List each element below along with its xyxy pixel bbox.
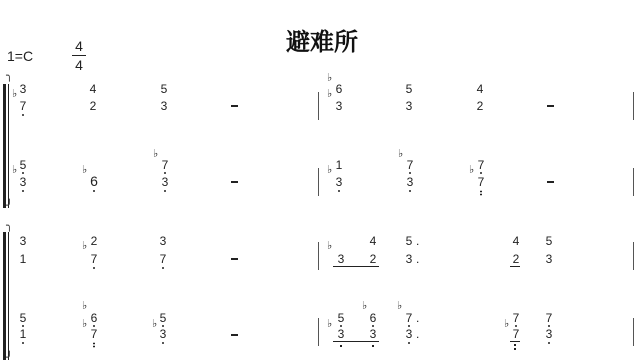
bracket-bottom-hook-icon: ╯ [6, 200, 13, 211]
flat-icon: ♭ [398, 148, 403, 159]
barline [318, 168, 319, 196]
note: 7 [475, 176, 487, 188]
barline [633, 318, 634, 346]
low-octave-dot [514, 344, 516, 346]
bracket-top-hook-icon: ╮ [6, 70, 13, 81]
note: 5 [403, 83, 415, 95]
note: 3 [333, 176, 345, 188]
note: 5 [157, 312, 169, 324]
rest-dash [547, 181, 554, 183]
note: 4 [474, 83, 486, 95]
note: 6 [88, 174, 100, 188]
time-signature: 4 4 [72, 38, 86, 73]
augmentation-dot: . [416, 235, 419, 247]
flat-icon: ♭ [327, 318, 332, 329]
rest-dash [231, 105, 238, 107]
eighth-note-underline [510, 341, 520, 342]
low-octave-dot [372, 345, 374, 347]
note: 2 [474, 100, 486, 112]
note: 7 [404, 159, 416, 171]
note: 5 [17, 159, 29, 171]
note: 3 [543, 253, 555, 265]
bracket-top-hook-icon: ╮ [6, 220, 13, 231]
barline [633, 242, 634, 270]
song-title: 避难所 [0, 22, 644, 57]
note: 7 [543, 312, 555, 324]
note: 3 [543, 328, 555, 340]
note: 3 [17, 235, 29, 247]
low-octave-dot [514, 348, 516, 350]
note: 3 [17, 176, 29, 188]
note: 7 [510, 312, 522, 324]
note: 7 [17, 100, 29, 112]
barline [318, 318, 319, 346]
flat-icon: ♭ [469, 164, 474, 175]
note: 1 [17, 328, 29, 340]
barline [318, 92, 319, 120]
time-signature-divider [72, 55, 86, 56]
augmentation-dot: . [416, 312, 419, 324]
barline [633, 168, 634, 196]
augmentation-dot: . [416, 328, 419, 340]
flat-icon: ♭ [504, 318, 509, 329]
flat-icon: ♭ [82, 240, 87, 251]
flat-icon: ♭ [397, 300, 402, 311]
note: 3 [157, 235, 169, 247]
bracket-bottom-hook-icon: ╯ [6, 352, 13, 363]
note: 7 [157, 253, 169, 265]
eighth-note-underline [333, 341, 379, 342]
key-signature: 1=C [7, 48, 33, 64]
time-signature-numerator: 4 [72, 38, 86, 54]
note: 1 [333, 159, 345, 171]
note: 2 [87, 100, 99, 112]
note: 4 [367, 235, 379, 247]
note: 5 [335, 312, 347, 324]
note: 7 [88, 328, 100, 340]
note: 3 [333, 100, 345, 112]
note: 3 [404, 176, 416, 188]
note: 5 [543, 235, 555, 247]
flat-icon: ♭ [327, 240, 332, 251]
note: 2 [88, 235, 100, 247]
note: 3 [335, 328, 347, 340]
note: 7 [510, 328, 522, 340]
rest-dash [547, 105, 554, 107]
note: 5 [17, 312, 29, 324]
note: 4 [87, 83, 99, 95]
rest-dash [231, 181, 238, 183]
note: 7 [403, 312, 415, 324]
note: 2 [510, 253, 522, 265]
note: 3 [403, 253, 415, 265]
eighth-note-underline [510, 266, 520, 267]
barline [318, 242, 319, 270]
note: 6 [333, 83, 345, 95]
note: 7 [475, 159, 487, 171]
note: 7 [159, 159, 171, 171]
flat-icon: ♭ [327, 164, 332, 175]
note: 3 [403, 100, 415, 112]
note: 3 [335, 253, 347, 265]
augmentation-dot: . [416, 253, 419, 265]
note: 3 [157, 328, 169, 340]
barline [633, 92, 634, 120]
note: 3 [367, 328, 379, 340]
flat-icon: ♭ [82, 300, 87, 311]
note: 3 [403, 328, 415, 340]
eighth-note-underline [333, 266, 379, 267]
note: 3 [159, 176, 171, 188]
note: 3 [158, 100, 170, 112]
flat-icon: ♭ [82, 318, 87, 329]
flat-icon: ♭ [362, 300, 367, 311]
rest-dash [231, 334, 238, 336]
flat-icon: ♭ [327, 88, 332, 99]
note: 5 [158, 83, 170, 95]
note: 2 [367, 253, 379, 265]
note: 1 [17, 253, 29, 265]
flat-icon: ♭ [153, 148, 158, 159]
note: 4 [510, 235, 522, 247]
flat-icon: ♭ [82, 164, 87, 175]
flat-icon: ♭ [327, 72, 332, 83]
rest-dash [231, 258, 238, 260]
note: 7 [88, 253, 100, 265]
low-octave-dot [340, 345, 342, 347]
note: 6 [367, 312, 379, 324]
note: 5 [403, 235, 415, 247]
note: 6 [88, 312, 100, 324]
time-signature-denominator: 4 [72, 57, 86, 73]
note: 3 [17, 83, 29, 95]
